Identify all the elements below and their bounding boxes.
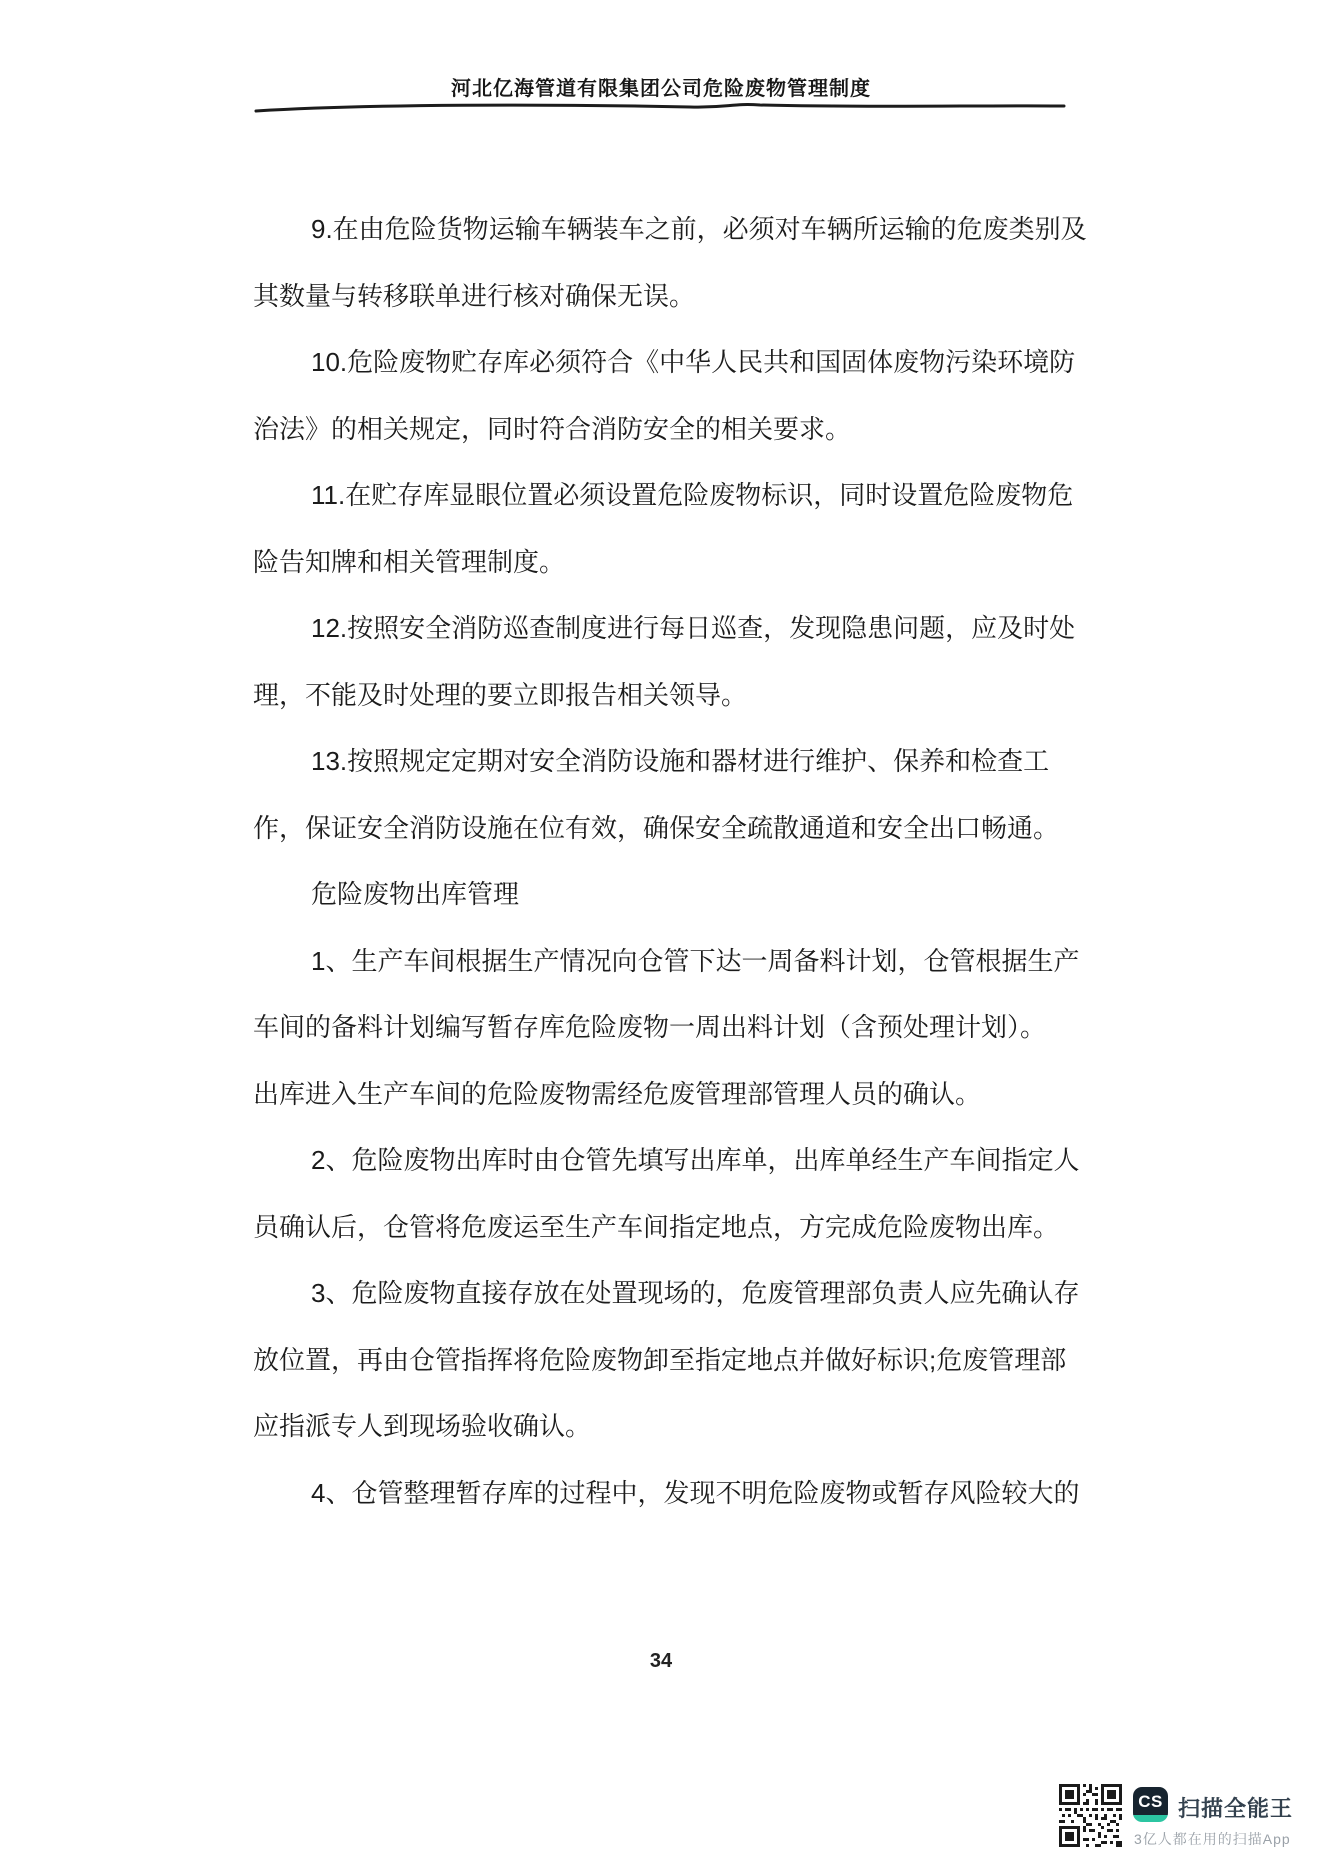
body-line: 2、危险废物出库时由仓管先填写出库单，出库单经生产车间指定人 [253, 1127, 1093, 1194]
body-line: 10.危险废物贮存库必须符合《中华人民共和国固体废物污染环境防 [253, 329, 1093, 396]
camscanner-tagline: 3亿人都在用的扫描App [1134, 1829, 1291, 1849]
body-line: 其数量与转移联单进行核对确保无误。 [253, 263, 1093, 330]
body-line: 4、仓管整理暂存库的过程中，发现不明危险废物或暂存风险较大的 [253, 1460, 1093, 1527]
page-number: 34 [0, 1650, 1322, 1673]
body-line: 3、危险废物直接存放在处置现场的，危废管理部负责人应先确认存 [253, 1260, 1093, 1327]
body-line: 治法》的相关规定，同时符合消防安全的相关要求。 [253, 396, 1093, 463]
body-line: 9.在由危险货物运输车辆装车之前，必须对车辆所运输的危废类别及 [253, 196, 1093, 263]
body-line: 车间的备料计划编写暂存库危险废物一周出料计划（含预处理计划）。 [253, 994, 1093, 1061]
qr-code-icon [1059, 1784, 1122, 1847]
body-line: 险告知牌和相关管理制度。 [253, 529, 1093, 596]
section-heading: 危险废物出库管理 [253, 861, 1093, 928]
body-line: 出库进入生产车间的危险废物需经危废管理部管理人员的确认。 [253, 1061, 1093, 1128]
body-line: 放位置，再由仓管指挥将危险废物卸至指定地点并做好标识;危废管理部 [253, 1327, 1093, 1394]
camscanner-logo-icon: CS [1133, 1787, 1168, 1822]
body-line: 作，保证安全消防设施在位有效，确保安全疏散通道和安全出口畅通。 [253, 795, 1093, 862]
body-line: 理，不能及时处理的要立即报告相关领导。 [253, 662, 1093, 729]
body-line: 13.按照规定定期对安全消防设施和器材进行维护、保养和检查工 [253, 728, 1093, 795]
body-line: 12.按照安全消防巡查制度进行每日巡查，发现隐患问题，应及时处 [253, 595, 1093, 662]
camscanner-app-name: 扫描全能王 [1178, 1792, 1293, 1823]
body-line: 1、生产车间根据生产情况向仓管下达一周备料计划，仓管根据生产 [253, 928, 1093, 995]
header-underline [250, 96, 1070, 120]
camscanner-logo-text: CS [1138, 1792, 1163, 1818]
document-body: 9.在由危险货物运输车辆装车之前，必须对车辆所运输的危废类别及 其数量与转移联单… [253, 196, 1093, 1526]
body-line: 应指派专人到现场验收确认。 [253, 1393, 1093, 1460]
body-line: 11.在贮存库显眼位置必须设置危险废物标识，同时设置危险废物危 [253, 462, 1093, 529]
body-line: 员确认后，仓管将危废运至生产车间指定地点，方完成危险废物出库。 [253, 1194, 1093, 1261]
